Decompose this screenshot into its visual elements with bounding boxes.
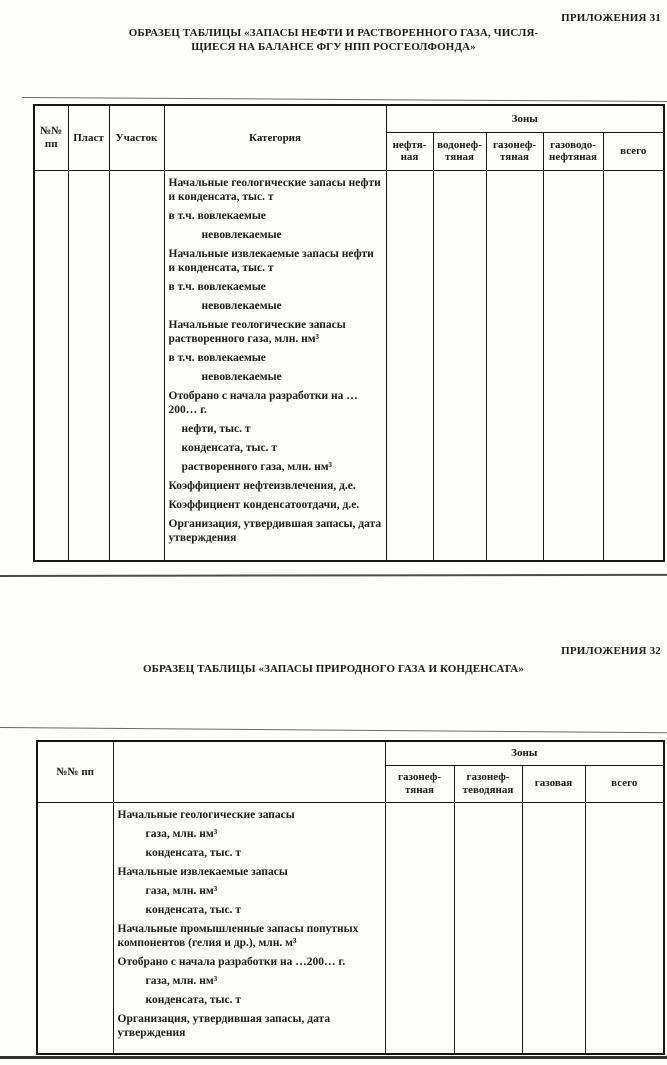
category-line: конденсата, тыс. т (118, 903, 382, 917)
col-header-unnamed (113, 741, 385, 802)
cell-vsego-empty (585, 802, 664, 1054)
category-line: Начальные геологические запасы растворен… (169, 318, 383, 346)
col-header-plast: Пласт (68, 105, 109, 170)
appendix-31-label: ПРИЛОЖЕНИЯ 31 (561, 12, 661, 24)
category-line: газа, млн. нм³ (118, 974, 382, 988)
cell-gazoneftyanaya-empty (486, 170, 543, 561)
category-line: Отобрано с начала разработки на …200… г. (118, 955, 382, 969)
category-line: Организация, утвердившая запасы, дата ут… (169, 517, 383, 545)
zones-group-header: Зоны (386, 105, 664, 132)
table-body-row: Начальные геологические запасы нефти и к… (34, 170, 664, 561)
category-line: Коэффициент нефтеизвлечения, д.е. (169, 479, 383, 493)
category-line: невовлекаемые (169, 370, 383, 384)
category-line: невовлекаемые (169, 299, 383, 313)
zones-group-header: Зоны (385, 741, 664, 765)
col-header-npp: №№ пп (37, 741, 113, 802)
col-header-npp: №№ пп (34, 105, 68, 170)
section-divider-rule (0, 574, 667, 577)
cell-plast-empty (68, 170, 109, 561)
cell-gazovaya-empty (522, 802, 585, 1054)
bottom-closing-rule (0, 1056, 667, 1059)
category-cell: Начальные геологические запасы нефти и к… (164, 170, 386, 561)
oil-dissolved-gas-reserves-table: №№ пп Пласт Участок Категория Зоны нефтя… (33, 104, 665, 562)
category-line: нефти, тыс. т (169, 422, 383, 436)
category-line: Отобрано с начала разработки на …200… г. (169, 389, 383, 417)
col-header-kategoriya: Категория (164, 105, 386, 170)
category-line: газа, млн. нм³ (118, 827, 382, 841)
cell-vodoneftyanaya-empty (433, 170, 486, 561)
col-header-uchastok: Участок (109, 105, 164, 170)
appendix-32-label: ПРИЛОЖЕНИЯ 32 (561, 645, 661, 657)
cell-npp-empty (37, 802, 113, 1054)
natural-gas-condensate-reserves-table: №№ пп Зоны газонеф- тяная газонеф- тевод… (36, 740, 665, 1055)
cell-gazoneftyanaya-empty (385, 802, 454, 1054)
col-header-gazoneftevodyanaya: газонеф- теводяная (454, 765, 522, 802)
col-header-gazovodoneftyanaya: газоводо- нефтяная (543, 132, 603, 170)
table-body-row: Начальные геологические запасы газа, млн… (37, 802, 664, 1054)
category-line: Начальные извлекаемые запасы (118, 865, 382, 879)
table1-title: ОБРАЗЕЦ ТАБЛИЦЫ «ЗАПАСЫ НЕФТИ И РАСТВОРЕ… (0, 27, 667, 54)
category-line: Начальные геологические запасы (118, 808, 382, 822)
cell-npp-empty (34, 170, 68, 561)
scan-rule-above-table1 (22, 97, 667, 102)
scanned-document-page: ПРИЛОЖЕНИЯ 31 ОБРАЗЕЦ ТАБЛИЦЫ «ЗАПАСЫ НЕ… (0, 0, 667, 1065)
category-line: в т.ч. вовлекаемые (169, 280, 383, 294)
col-header-gazovaya: газовая (522, 765, 585, 802)
category-line: Организация, утвердившая запасы, дата ут… (118, 1012, 382, 1040)
col-header-gazoneftyanaya: газонеф- тяная (385, 765, 454, 802)
table2-title: ОБРАЗЕЦ ТАБЛИЦЫ «ЗАПАСЫ ПРИРОДНОГО ГАЗА … (0, 663, 667, 677)
category-line: конденсата, тыс. т (118, 846, 382, 860)
col-header-neftyanaya: нефтя- ная (386, 132, 433, 170)
category-line: Начальные извлекаемые запасы нефти и кон… (169, 247, 383, 275)
category-line: растворенного газа, млн. нм³ (169, 460, 383, 474)
scan-rule-above-table2 (0, 727, 667, 733)
col-header-vsego: всего (603, 132, 664, 170)
cell-gazoneftevodyanaya-empty (454, 802, 522, 1054)
category-line: конденсата, тыс. т (169, 441, 383, 455)
category-line: Начальные промышленные запасы попутных к… (118, 922, 382, 950)
category-line: в т.ч. вовлекаемые (169, 351, 383, 365)
category-line: Начальные геологические запасы нефти и к… (169, 176, 383, 204)
category-line: невовлекаемые (169, 228, 383, 242)
col-header-vodoneftyanaya: водонеф- тяная (433, 132, 486, 170)
cell-neftyanaya-empty (386, 170, 433, 561)
col-header-gazoneftyanaya: газонеф- тяная (486, 132, 543, 170)
cell-vsego-empty (603, 170, 664, 561)
cell-uchastok-empty (109, 170, 164, 561)
category-line: Коэффициент конденсатоотдачи, д.е. (169, 498, 383, 512)
category-line: в т.ч. вовлекаемые (169, 209, 383, 223)
category-line: конденсата, тыс. т (118, 993, 382, 1007)
category-cell: Начальные геологические запасы газа, млн… (113, 802, 385, 1054)
cell-gazovodoneftyanaya-empty (543, 170, 603, 561)
category-line: газа, млн. нм³ (118, 884, 382, 898)
col-header-vsego: всего (585, 765, 664, 802)
